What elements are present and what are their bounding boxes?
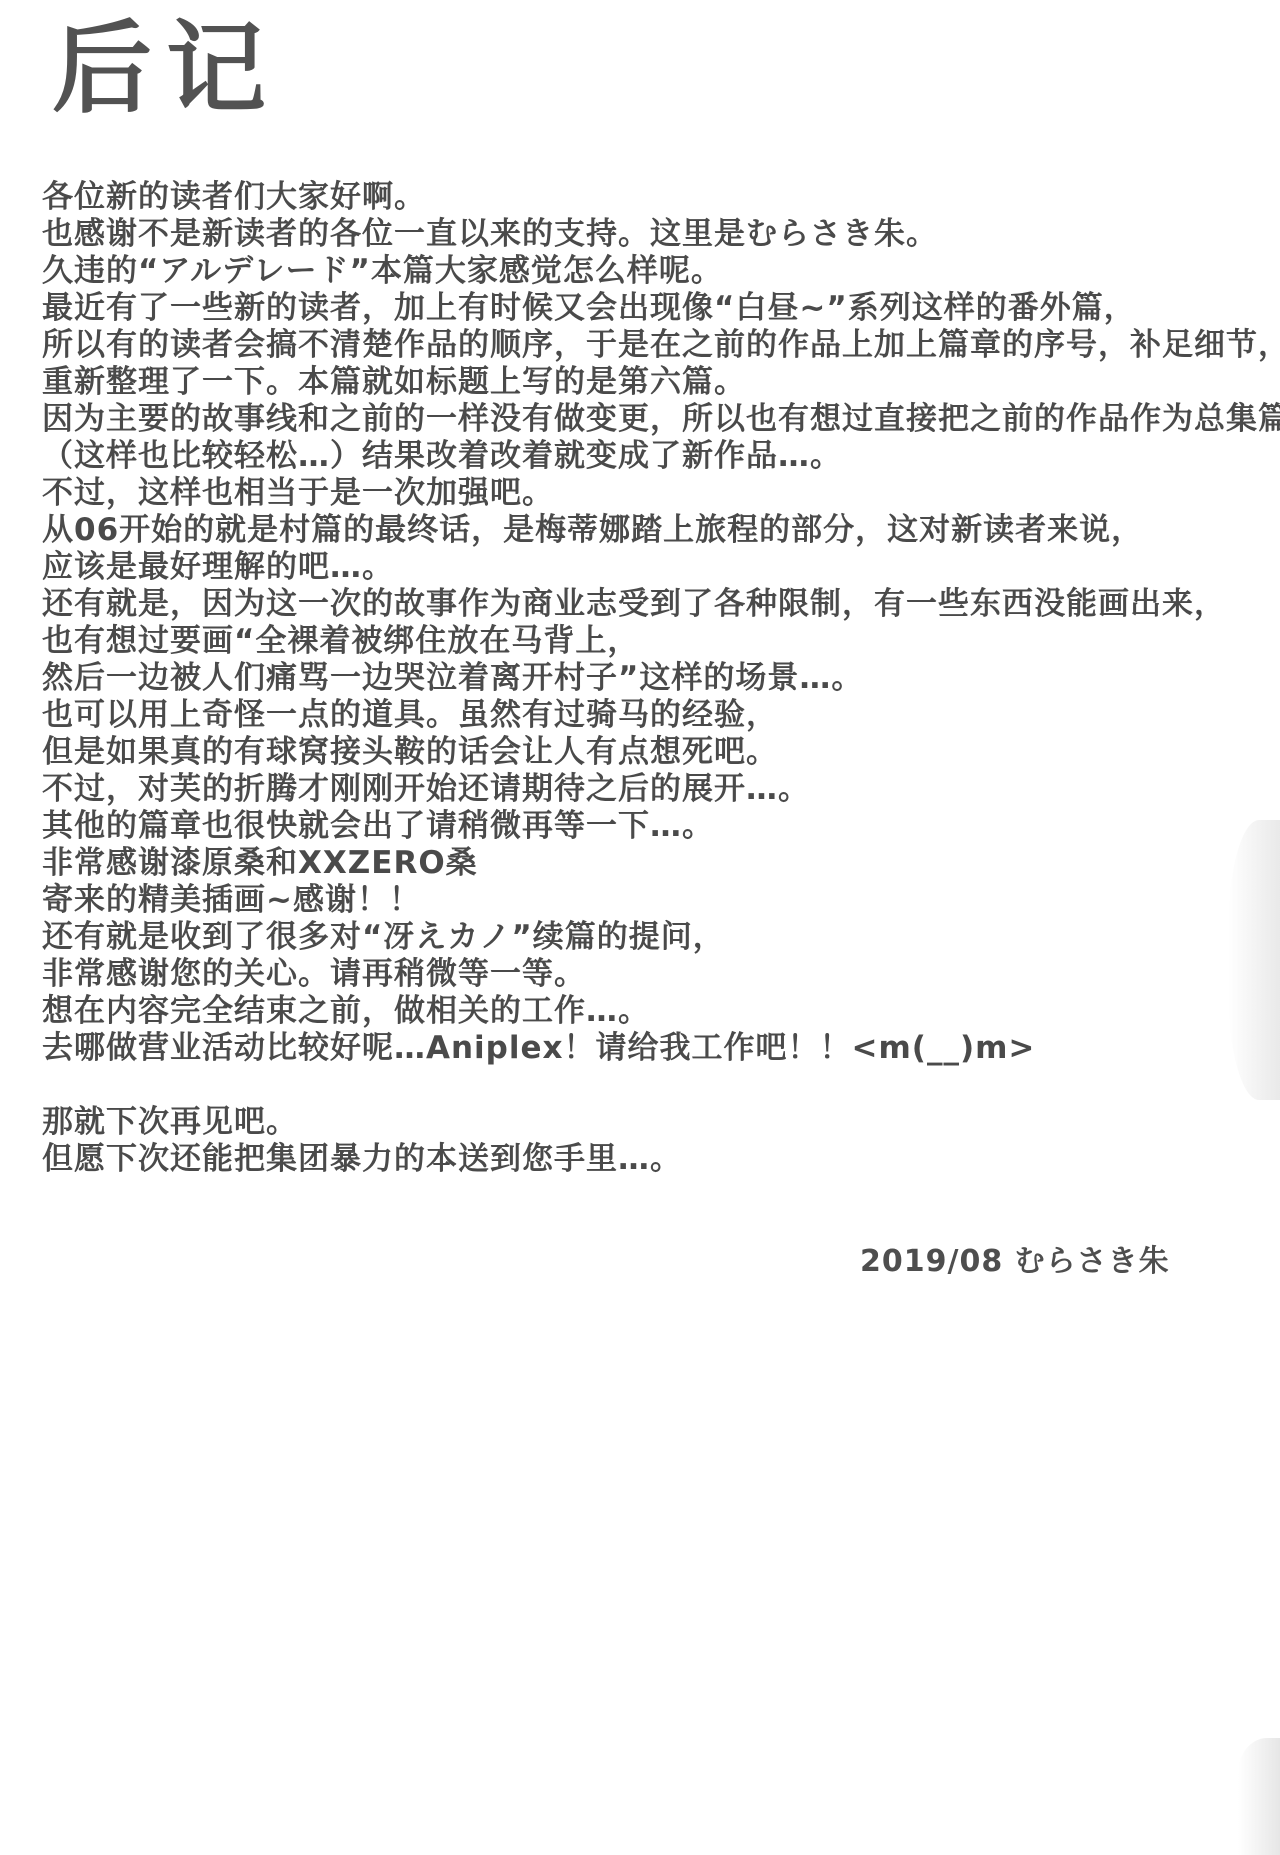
text-line: 还有就是收到了很多对“冴えカノ”续篇的提问， bbox=[42, 919, 1252, 956]
text-line: 应该是最好理解的吧…。 bbox=[42, 549, 1252, 586]
text-line: 久违的“アルデレード”本篇大家感觉怎么样呢。 bbox=[42, 253, 1252, 290]
text-line: 然后一边被人们痛骂一边哭泣着离开村子”这样的场景…。 bbox=[42, 660, 1252, 697]
text-line: 重新整理了一下。本篇就如标题上写的是第六篇。 bbox=[42, 364, 1252, 401]
scanned-afterword-page: 后记 各位新的读者们大家好啊。 也感谢不是新读者的各位一直以来的支持。这里是むら… bbox=[0, 0, 1280, 1855]
scan-shadow-right-edge bbox=[1228, 820, 1280, 1100]
text-line: 各位新的读者们大家好啊。 bbox=[42, 179, 1252, 216]
text-line: 寄来的精美插画~感谢！！ bbox=[42, 882, 1252, 919]
text-line: 还有就是，因为这一次的故事作为商业志受到了各种限制，有一些东西没能画出来， bbox=[42, 586, 1252, 623]
text-line-blank bbox=[42, 1067, 1252, 1104]
signature-date: 2019/08 むらさき朱 bbox=[860, 1236, 1170, 1280]
text-line: 最近有了一些新的读者，加上有时候又会出现像“白昼~”系列这样的番外篇， bbox=[42, 290, 1252, 327]
text-line: 去哪做营业活动比较好呢…Aniplex！请给我工作吧！！<m(__)m> bbox=[42, 1030, 1252, 1067]
page-title: 后记 bbox=[52, 14, 280, 124]
afterword-body: 各位新的读者们大家好啊。 也感谢不是新读者的各位一直以来的支持。这里是むらさき朱… bbox=[42, 179, 1252, 1178]
text-line: 因为主要的故事线和之前的一样没有做变更，所以也有想过直接把之前的作品作为总集篇放… bbox=[42, 401, 1252, 438]
text-line: 非常感谢漆原桑和XXZERO桑 bbox=[42, 845, 1252, 882]
text-line: 但愿下次还能把集团暴力的本送到您手里…。 bbox=[42, 1141, 1252, 1178]
text-line: 也可以用上奇怪一点的道具。虽然有过骑马的经验， bbox=[42, 697, 1252, 734]
text-line: 想在内容完全结束之前，做相关的工作…。 bbox=[42, 993, 1252, 1030]
text-line: （这样也比较轻松…）结果改着改着就变成了新作品…。 bbox=[42, 438, 1252, 475]
text-line: 那就下次再见吧。 bbox=[42, 1104, 1252, 1141]
text-line: 非常感谢您的关心。请再稍微等一等。 bbox=[42, 956, 1252, 993]
text-line: 所以有的读者会搞不清楚作品的顺序，于是在之前的作品上加上篇章的序号，补足细节， bbox=[42, 327, 1252, 364]
text-line: 也感谢不是新读者的各位一直以来的支持。这里是むらさき朱。 bbox=[42, 216, 1252, 253]
text-line: 其他的篇章也很快就会出了请稍微再等一下…。 bbox=[42, 808, 1252, 845]
text-line: 也有想过要画“全裸着被绑住放在马背上， bbox=[42, 623, 1252, 660]
text-line: 但是如果真的有球窝接头鞍的话会让人有点想死吧。 bbox=[42, 734, 1252, 771]
text-line: 不过，这样也相当于是一次加强吧。 bbox=[42, 475, 1252, 512]
scan-shadow-bottom-right-corner bbox=[1238, 1738, 1280, 1855]
text-line: 从06开始的就是村篇的最终话，是梅蒂娜踏上旅程的部分，这对新读者来说， bbox=[42, 512, 1252, 549]
text-line: 不过，对芙的折腾才刚刚开始还请期待之后的展开…。 bbox=[42, 771, 1252, 808]
